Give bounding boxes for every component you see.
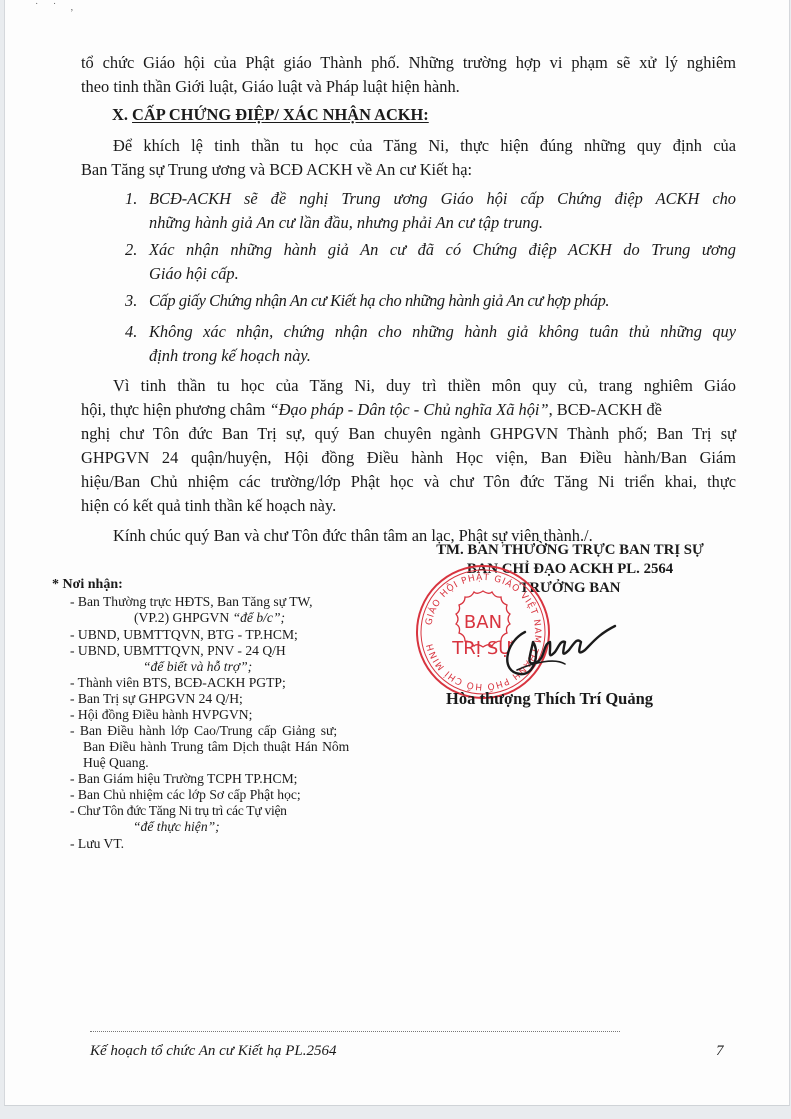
recipient-line: (VP.2) GHPGVN “để b/c”; bbox=[134, 610, 285, 626]
handwritten-signature-icon bbox=[495, 612, 635, 682]
footer-title: Kế hoạch tổ chức An cư Kiết hạ PL.2564 bbox=[90, 1043, 336, 1060]
recipient-line: - Lưu VT. bbox=[70, 836, 124, 852]
recipient-line: - Ban Trị sự GHPGVN 24 Q/H; bbox=[70, 691, 243, 707]
scan-specks: ˙ ˙ , bbox=[35, 2, 79, 13]
recipient-line: Huệ Quang. bbox=[83, 755, 149, 771]
motto-quote: “Đạo pháp - Dân tộc - Chủ nghĩa Xã hội” bbox=[269, 400, 548, 419]
recipient-line: - UBND, UBMTTQVN, PNV - 24 Q/H bbox=[70, 643, 286, 659]
closing-line-5: hiệu/Ban Chủ nhiệm các trường/lớp Phật h… bbox=[81, 470, 736, 494]
section-title: CẤP CHỨNG ĐIỆP/ XÁC NHẬN ACKH: bbox=[132, 105, 429, 124]
section-heading: X. CẤP CHỨNG ĐIỆP/ XÁC NHẬN ACKH: bbox=[112, 103, 429, 127]
recipient-line: - Hội đồng Điều hành HVPGVN; bbox=[70, 707, 252, 723]
list-item-1: 1. BCĐ-ACKH sẽ đề nghị Trung ương Giáo h… bbox=[125, 187, 736, 235]
list-item-text-line: Không xác nhận, chứng nhận cho những hàn… bbox=[149, 320, 736, 344]
list-item-4: 4. Không xác nhận, chứng nhận cho những … bbox=[125, 320, 736, 368]
recipient-line: “để biết và hỗ trợ”; bbox=[143, 659, 252, 675]
recipient-line: - Ban Chủ nhiệm các lớp Sơ cấp Phật học; bbox=[70, 787, 301, 803]
recipient-line: - UBND, UBMTTQVN, BTG - TP.HCM; bbox=[70, 627, 298, 643]
footer-divider bbox=[90, 1031, 620, 1032]
continuation-line-1: tổ chức Giáo hội của Phật giáo Thành phố… bbox=[81, 51, 736, 75]
list-item-text-line: Cấp giấy Chứng nhận An cư Kiết hạ cho nh… bbox=[149, 289, 609, 313]
closing-line-2-pre: hội, thực hiện phương châm bbox=[81, 400, 269, 419]
list-item-2: 2. Xác nhận những hành giả An cư đã có C… bbox=[125, 238, 736, 286]
continuation-line-2: theo tinh thần Giới luật, Giáo luật và P… bbox=[81, 75, 460, 99]
recipients-heading: * Nơi nhận: bbox=[52, 577, 123, 593]
list-item-text-line: Xác nhận những hành giả An cư đã có Chứn… bbox=[149, 238, 736, 262]
closing-line-2-post: , BCĐ-ACKH đề bbox=[549, 400, 662, 419]
list-item-text-line: Giáo hội cấp. bbox=[149, 262, 239, 286]
list-item-number: 4. bbox=[125, 320, 137, 344]
list-item-number: 3. bbox=[125, 289, 137, 313]
recipient-line: - Ban Giám hiệu Trường TCPH TP.HCM; bbox=[70, 771, 297, 787]
recipient-line: “để thực hiện”; bbox=[133, 819, 220, 835]
section-intro-line-2: Ban Tăng sự Trung ương và BCĐ ACKH về An… bbox=[81, 158, 472, 182]
page-number: 7 bbox=[716, 1043, 724, 1060]
closing-line-4: GHPGVN 24 quận/huyện, Hội đồng Điều hành… bbox=[81, 446, 736, 470]
list-item-text-line: định trong kế hoạch này. bbox=[149, 344, 311, 368]
document-page: ˙ ˙ , tổ chức Giáo hội của Phật giáo Thà… bbox=[4, 0, 790, 1106]
recipient-line: - Thành viên BTS, BCĐ-ACKH PGTP; bbox=[70, 675, 286, 691]
recipient-line: - Chư Tôn đức Tăng Ni trụ trì các Tự việ… bbox=[70, 803, 287, 819]
list-item-text-line: BCĐ-ACKH sẽ đề nghị Trung ương Giáo hội … bbox=[149, 187, 736, 211]
list-item-number: 2. bbox=[125, 238, 137, 262]
recipient-line: - Ban Điều hành lớp Cao/Trung cấp Giảng … bbox=[70, 723, 337, 739]
list-item-text-line: những hành giả An cư lần đầu, nhưng phải… bbox=[149, 211, 543, 235]
recipient-line: Ban Điều hành Trung tâm Dịch thuật Hán N… bbox=[83, 739, 349, 755]
section-intro-line-1: Để khích lệ tinh thần tu học của Tăng Ni… bbox=[113, 134, 736, 158]
closing-line-2: hội, thực hiện phương châm “Đạo pháp - D… bbox=[81, 398, 736, 422]
closing-line-1: Vì tinh thần tu học của Tăng Ni, duy trì… bbox=[113, 374, 736, 398]
closing-line-6: hiện có kết quả tinh thần kế hoạch này. bbox=[81, 494, 336, 518]
signatory-name: Hòa thượng Thích Trí Quảng bbox=[446, 689, 653, 709]
closing-line-3: nghị chư Tôn đức Ban Trị sự, quý Ban chu… bbox=[81, 422, 736, 446]
list-item-3: 3. Cấp giấy Chứng nhận An cư Kiết hạ cho… bbox=[125, 289, 736, 313]
list-item-number: 1. bbox=[125, 187, 137, 211]
signature-line-1: TM. BAN THƯỜNG TRỰC BAN TRỊ SỰ bbox=[400, 541, 740, 560]
recipient-line: - Ban Thường trực HĐTS, Ban Tăng sự TW, bbox=[70, 594, 313, 610]
section-number: X. bbox=[112, 105, 128, 124]
